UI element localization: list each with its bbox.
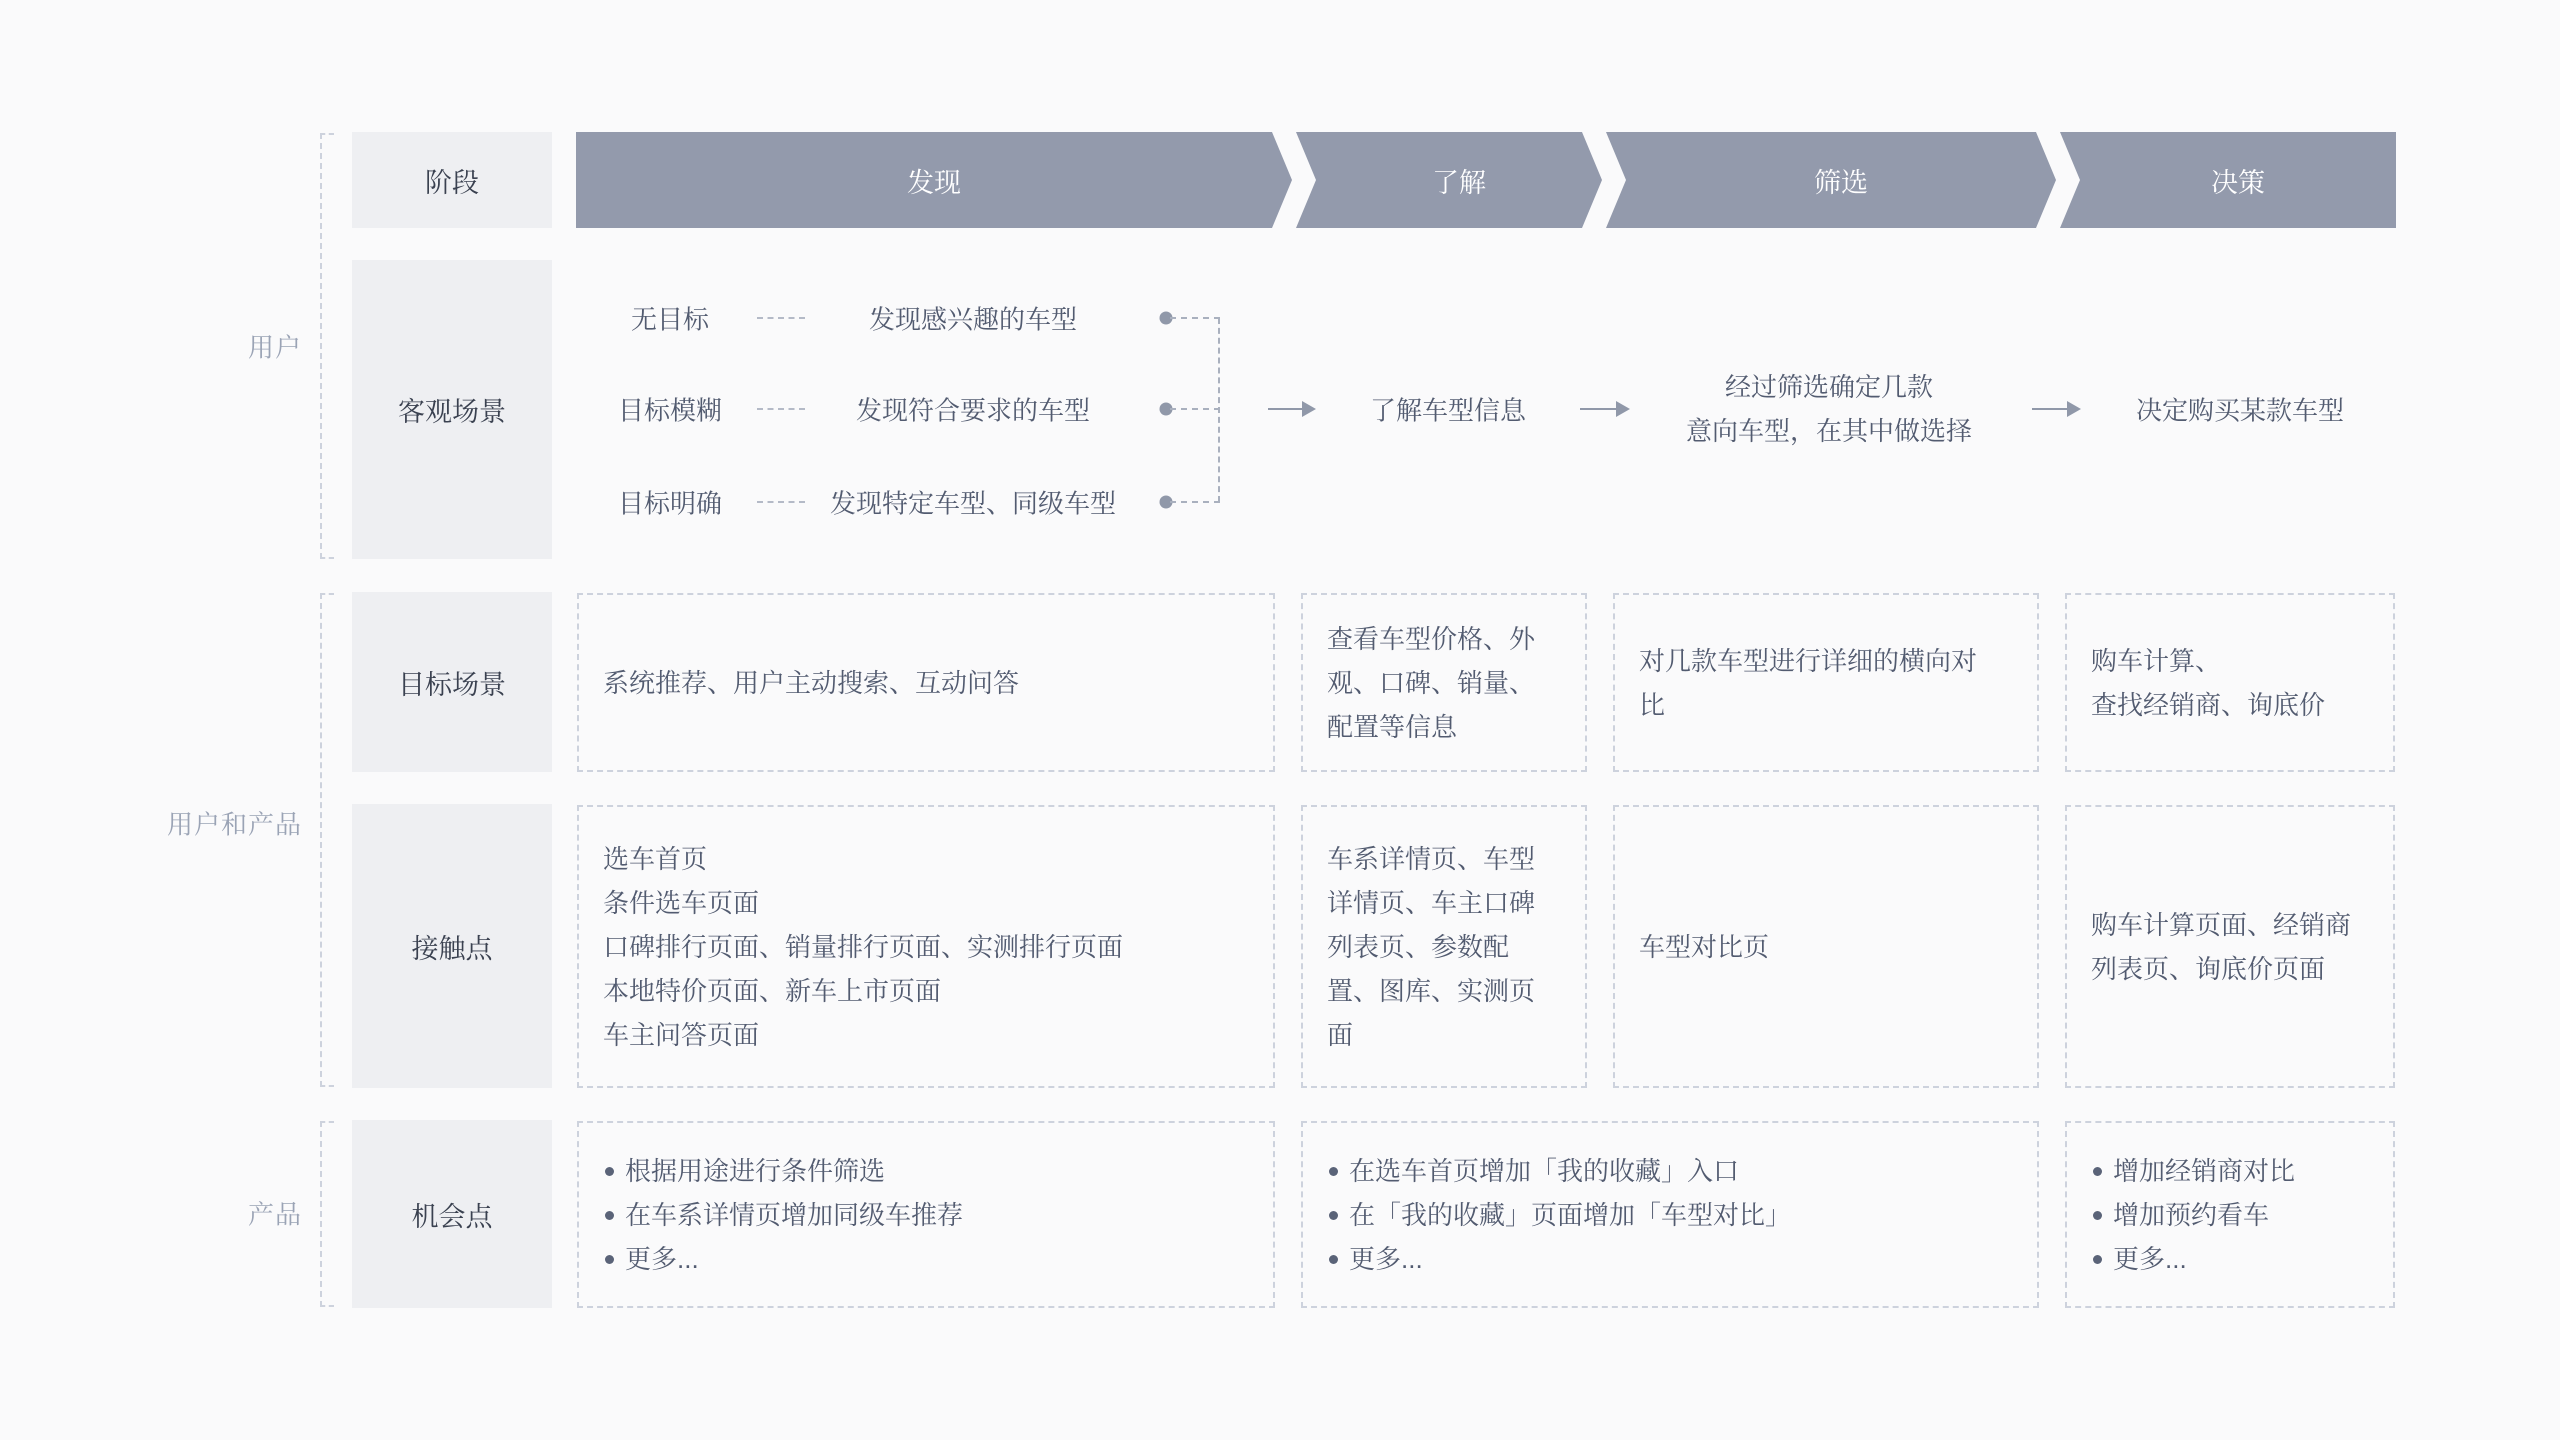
opportunity-discover-list: 根据用途进行条件筛选 在车系详情页增加同级车推荐 更多... <box>603 1149 963 1281</box>
bracket-product <box>320 1121 334 1307</box>
objective-filter: 经过筛选确定几款 意向车型，在其中做选择 <box>1686 365 1972 453</box>
objective-state-no-goal: 无目标 <box>631 300 709 337</box>
touchpoint-understand-text: 车系详情页、车型 详情页、车主口碑 列表页、参数配 置、图库、实测页 面 <box>1327 837 1535 1057</box>
objective-decide: 决定购买某款车型 <box>2136 391 2344 428</box>
merge-bracket-line <box>1218 318 1220 502</box>
goal-filter-box: 对几款车型进行详细的横向对 比 <box>1613 593 2039 772</box>
stage-decide: 决策 <box>2080 132 2396 228</box>
objective-state-clear-goal: 目标明确 <box>618 484 722 521</box>
touchpoint-understand-box: 车系详情页、车型 详情页、车主口碑 列表页、参数配 置、图库、实测页 面 <box>1301 805 1587 1088</box>
touchpoint-filter-text: 车型对比页 <box>1639 925 1769 969</box>
opportunity-decide-list: 增加经销商对比 增加预约看车 更多... <box>2091 1149 2295 1281</box>
goal-discover-box: 系统推荐、用户主动搜索、互动问答 <box>577 593 1275 772</box>
goal-filter-text: 对几款车型进行详细的横向对 比 <box>1639 639 1977 727</box>
opportunity-discover-box: 根据用途进行条件筛选 在车系详情页增加同级车推荐 更多... <box>577 1121 1275 1308</box>
list-item: 在「我的收藏」页面增加「车型对比」 <box>1327 1193 1791 1237</box>
row-label-goal-scene: 目标场景 <box>352 592 552 772</box>
objective-action-interesting: 发现感兴趣的车型 <box>869 300 1077 337</box>
connector-dash <box>1170 317 1220 319</box>
list-item: 增加预约看车 <box>2091 1193 2295 1237</box>
stage-filter: 筛选 <box>1626 132 2056 228</box>
list-item: 更多... <box>603 1237 963 1281</box>
group-label-user-and-product: 用户和产品 <box>167 805 302 842</box>
connector-dash <box>757 317 805 319</box>
objective-action-specific: 发现特定车型、同级车型 <box>830 484 1116 521</box>
connector-dash <box>757 501 805 503</box>
group-label-product: 产品 <box>248 1195 302 1232</box>
opportunity-understand-filter-list: 在选车首页增加「我的收藏」入口 在「我的收藏」页面增加「车型对比」 更多... <box>1327 1149 1791 1281</box>
objective-understand: 了解车型信息 <box>1370 391 1526 428</box>
group-label-user: 用户 <box>248 328 302 365</box>
objective-state-vague-goal: 目标模糊 <box>618 391 722 428</box>
connector-dash <box>1170 408 1220 410</box>
touchpoint-discover-box: 选车首页 条件选车页面 口碑排行页面、销量排行页面、实测排行页面 本地特价页面、… <box>577 805 1275 1088</box>
list-item: 更多... <box>1327 1237 1791 1281</box>
stage-discover: 发现 <box>576 132 1292 228</box>
goal-decide-box: 购车计算、 查找经销商、询底价 <box>2065 593 2395 772</box>
touchpoint-discover-text: 选车首页 条件选车页面 口碑排行页面、销量排行页面、实测排行页面 本地特价页面、… <box>603 837 1123 1057</box>
opportunity-understand-filter-box: 在选车首页增加「我的收藏」入口 在「我的收藏」页面增加「车型对比」 更多... <box>1301 1121 2039 1308</box>
list-item: 根据用途进行条件筛选 <box>603 1149 963 1193</box>
objective-action-matching: 发现符合要求的车型 <box>856 391 1090 428</box>
goal-understand-box: 查看车型价格、外 观、口碑、销量、 配置等信息 <box>1301 593 1587 772</box>
touchpoint-decide-box: 购车计算页面、经销商 列表页、询底价页面 <box>2065 805 2395 1088</box>
stage-understand: 了解 <box>1316 132 1602 228</box>
list-item: 增加经销商对比 <box>2091 1149 2295 1193</box>
row-label-opportunity: 机会点 <box>352 1120 552 1308</box>
touchpoint-decide-text: 购车计算页面、经销商 列表页、询底价页面 <box>2091 903 2351 991</box>
goal-decide-text: 购车计算、 查找经销商、询底价 <box>2091 639 2325 727</box>
opportunity-decide-box: 增加经销商对比 增加预约看车 更多... <box>2065 1121 2395 1308</box>
row-label-touchpoint: 接触点 <box>352 804 552 1088</box>
connector-dash <box>757 408 805 410</box>
arrow-right-icon <box>1268 408 1314 410</box>
goal-discover-text: 系统推荐、用户主动搜索、互动问答 <box>603 661 1019 705</box>
list-item: 在车系详情页增加同级车推荐 <box>603 1193 963 1237</box>
connector-dash <box>1170 501 1220 503</box>
bracket-user-and-product <box>320 593 334 1087</box>
row-label-objective-scene: 客观场景 <box>352 260 552 559</box>
list-item: 在选车首页增加「我的收藏」入口 <box>1327 1149 1791 1193</box>
list-item: 更多... <box>2091 1237 2295 1281</box>
arrow-right-icon <box>2032 408 2079 410</box>
arrow-right-icon <box>1580 408 1628 410</box>
touchpoint-filter-box: 车型对比页 <box>1613 805 2039 1088</box>
goal-understand-text: 查看车型价格、外 观、口碑、销量、 配置等信息 <box>1327 617 1535 749</box>
